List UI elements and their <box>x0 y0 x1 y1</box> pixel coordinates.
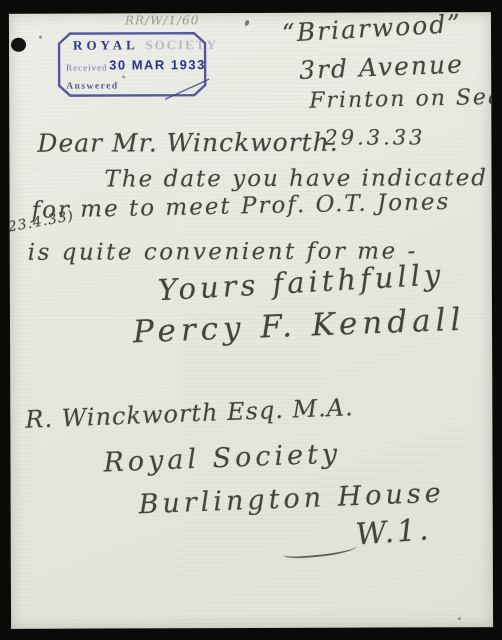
paper-speck <box>39 36 42 39</box>
letter-paper: RR/W/1/60 ROYAL SOCIETY Received 30 MAR … <box>9 12 493 629</box>
paper-speck <box>244 19 250 26</box>
royal-society-received-stamp: ROYAL SOCIETY Received 30 MAR 1933 Answe… <box>57 31 207 98</box>
stamp-answered-label: Answered <box>66 81 119 91</box>
salutation: Dear Mr. Winckworth. <box>37 128 338 158</box>
stamp-organisation-line: ROYAL SOCIETY <box>73 37 218 54</box>
letter-scan: RR/W/1/60 ROYAL SOCIETY Received 30 MAR … <box>0 0 502 640</box>
sender-house-name: “Briarwood” <box>281 12 463 48</box>
stamp-org-primary: ROYAL <box>73 37 138 52</box>
recipient-organisation: Royal Society <box>103 438 342 478</box>
stamp-received-label: Received <box>66 62 108 72</box>
body-line-2: for me to meet Prof. O.T. Jones <box>31 189 450 224</box>
punch-hole <box>11 38 26 52</box>
signature: Percy F. Kendall <box>132 302 466 351</box>
paper-speck <box>458 617 461 620</box>
recipient-postal-district: W.1. <box>354 512 432 552</box>
archive-reference-number: RR/W/1/60 <box>125 13 199 27</box>
stamp-received-date: 30 MAR 1933 <box>109 57 206 72</box>
sender-street: 3rd Avenue <box>299 50 465 85</box>
pen-flourish <box>282 541 357 560</box>
recipient-name: R. Winckworth Esq. M.A. <box>25 393 354 434</box>
stamp-org-secondary: SOCIETY <box>145 37 218 52</box>
letter-date: 29.3.33 <box>324 125 425 149</box>
margin-note-date: (23.4.33) <box>9 208 75 237</box>
sender-town: Frinton on Sea <box>309 85 493 114</box>
